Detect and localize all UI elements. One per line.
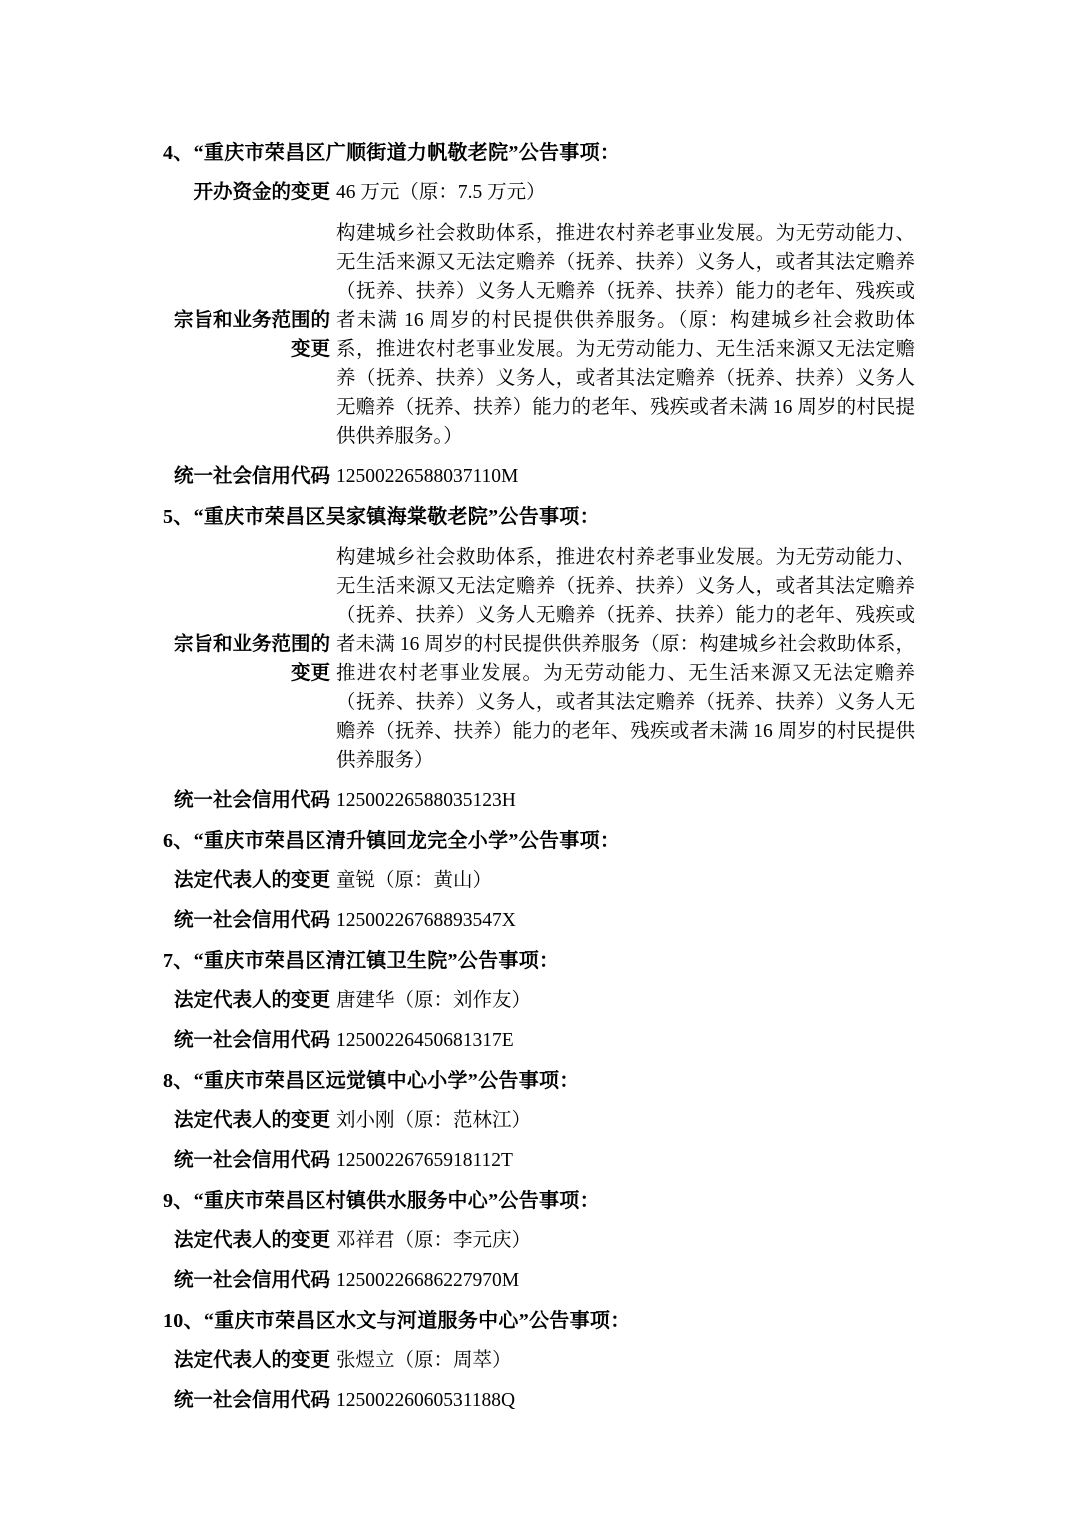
item-heading: 10、“重庆市荣昌区水文与河道服务中心”公告事项： [163,1301,915,1341]
change-row: 宗旨和业务范围的变更 构建城乡社会救助体系，推进农村养老事业发展。为无劳动能力、… [163,219,915,451]
item-rows: 法定代表人的变更 童锐（原：黄山） 统一社会信用代码 1250022676889… [163,861,915,941]
row-value: 12500226588037110M [330,457,915,497]
item-heading: 8、“重庆市荣昌区远觉镇中心小学”公告事项： [163,1061,915,1101]
row-label: 统一社会信用代码 [163,901,330,941]
change-row: 统一社会信用代码 12500226060531188Q [163,1381,915,1421]
item-title: “重庆市荣昌区清江镇卫生院”公告事项： [194,950,560,972]
announcement-item: 10、“重庆市荣昌区水文与河道服务中心”公告事项： 法定代表人的变更 张煜立（原… [163,1301,915,1421]
row-label: 统一社会信用代码 [163,1141,330,1181]
row-value: 46 万元（原：7.5 万元） [330,173,915,213]
item-heading: 5、“重庆市荣昌区吴家镇海棠敬老院”公告事项： [163,497,915,537]
row-value: 12500226768893547X [330,901,915,941]
row-label: 宗旨和业务范围的变更 [163,306,330,364]
item-number: 5、 [163,506,194,528]
row-label: 统一社会信用代码 [163,457,330,497]
item-number: 9、 [163,1190,194,1212]
item-title: “重庆市荣昌区远觉镇中心小学”公告事项： [194,1070,580,1092]
row-value: 12500226450681317E [330,1021,915,1061]
change-row: 统一社会信用代码 12500226765918112T [163,1141,915,1181]
row-value: 12500226588035123H [330,781,915,821]
row-label: 法定代表人的变更 [163,1101,330,1141]
row-label: 开办资金的变更 [163,173,330,213]
row-value: 童锐（原：黄山） [330,861,915,901]
announcement-item: 5、“重庆市荣昌区吴家镇海棠敬老院”公告事项： 宗旨和业务范围的变更 构建城乡社… [163,497,915,821]
item-title: “重庆市荣昌区水文与河道服务中心”公告事项： [204,1310,631,1332]
change-row: 法定代表人的变更 童锐（原：黄山） [163,861,915,901]
item-title: “重庆市荣昌区清升镇回龙完全小学”公告事项： [194,830,621,852]
change-row: 法定代表人的变更 刘小刚（原：范林江） [163,1101,915,1141]
item-heading: 4、“重庆市荣昌区广顺街道力帆敬老院”公告事项： [163,133,915,173]
row-label: 统一社会信用代码 [163,781,330,821]
change-row: 法定代表人的变更 张煜立（原：周萃） [163,1341,915,1381]
row-label: 宗旨和业务范围的变更 [163,630,330,688]
item-heading: 6、“重庆市荣昌区清升镇回龙完全小学”公告事项： [163,821,915,861]
announcement-item: 6、“重庆市荣昌区清升镇回龙完全小学”公告事项： 法定代表人的变更 童锐（原：黄… [163,821,915,941]
item-number: 7、 [163,950,194,972]
change-row: 统一社会信用代码 12500226450681317E [163,1021,915,1061]
row-label: 统一社会信用代码 [163,1381,330,1421]
item-rows: 法定代表人的变更 邓祥君（原：李元庆） 统一社会信用代码 12500226686… [163,1221,915,1301]
change-row: 宗旨和业务范围的变更 构建城乡社会救助体系，推进农村养老事业发展。为无劳动能力、… [163,543,915,775]
change-row: 统一社会信用代码 12500226588035123H [163,781,915,821]
change-row: 法定代表人的变更 邓祥君（原：李元庆） [163,1221,915,1261]
row-label: 统一社会信用代码 [163,1021,330,1061]
document-body: 4、“重庆市荣昌区广顺街道力帆敬老院”公告事项： 开办资金的变更 46 万元（原… [163,133,915,1421]
item-number: 6、 [163,830,194,852]
item-number: 4、 [163,142,194,164]
row-value: 构建城乡社会救助体系，推进农村养老事业发展。为无劳动能力、无生活来源又无法定赡养… [330,219,915,451]
row-value: 邓祥君（原：李元庆） [330,1221,915,1261]
announcement-item: 8、“重庆市荣昌区远觉镇中心小学”公告事项： 法定代表人的变更 刘小刚（原：范林… [163,1061,915,1181]
item-rows: 法定代表人的变更 刘小刚（原：范林江） 统一社会信用代码 12500226765… [163,1101,915,1181]
row-label: 法定代表人的变更 [163,981,330,1021]
announcement-item: 7、“重庆市荣昌区清江镇卫生院”公告事项： 法定代表人的变更 唐建华（原：刘作友… [163,941,915,1061]
row-value: 构建城乡社会救助体系，推进农村养老事业发展。为无劳动能力、无生活来源又无法定赡养… [330,543,915,775]
item-number: 10、 [163,1310,204,1332]
item-title: “重庆市荣昌区吴家镇海棠敬老院”公告事项： [194,506,600,528]
row-label: 法定代表人的变更 [163,1221,330,1261]
row-value: 刘小刚（原：范林江） [330,1101,915,1141]
item-heading: 7、“重庆市荣昌区清江镇卫生院”公告事项： [163,941,915,981]
row-label: 统一社会信用代码 [163,1261,330,1301]
row-value: 12500226060531188Q [330,1381,915,1421]
change-row: 统一社会信用代码 12500226588037110M [163,457,915,497]
item-rows: 开办资金的变更 46 万元（原：7.5 万元） 宗旨和业务范围的变更 构建城乡社… [163,173,915,497]
item-number: 8、 [163,1070,194,1092]
announcement-page: 4、“重庆市荣昌区广顺街道力帆敬老院”公告事项： 开办资金的变更 46 万元（原… [0,0,1074,1520]
row-value: 12500226686227970M [330,1261,915,1301]
item-rows: 宗旨和业务范围的变更 构建城乡社会救助体系，推进农村养老事业发展。为无劳动能力、… [163,543,915,821]
item-heading: 9、“重庆市荣昌区村镇供水服务中心”公告事项： [163,1181,915,1221]
announcement-item: 9、“重庆市荣昌区村镇供水服务中心”公告事项： 法定代表人的变更 邓祥君（原：李… [163,1181,915,1301]
row-value: 12500226765918112T [330,1141,915,1181]
row-value: 张煜立（原：周萃） [330,1341,915,1381]
row-label: 法定代表人的变更 [163,1341,330,1381]
item-title: “重庆市荣昌区广顺街道力帆敬老院”公告事项： [194,142,621,164]
change-row: 法定代表人的变更 唐建华（原：刘作友） [163,981,915,1021]
change-row: 开办资金的变更 46 万元（原：7.5 万元） [163,173,915,213]
item-title: “重庆市荣昌区村镇供水服务中心”公告事项： [194,1190,600,1212]
change-row: 统一社会信用代码 12500226768893547X [163,901,915,941]
item-rows: 法定代表人的变更 张煜立（原：周萃） 统一社会信用代码 125002260605… [163,1341,915,1421]
change-row: 统一社会信用代码 12500226686227970M [163,1261,915,1301]
row-label: 法定代表人的变更 [163,861,330,901]
announcement-item: 4、“重庆市荣昌区广顺街道力帆敬老院”公告事项： 开办资金的变更 46 万元（原… [163,133,915,497]
item-rows: 法定代表人的变更 唐建华（原：刘作友） 统一社会信用代码 12500226450… [163,981,915,1061]
row-value: 唐建华（原：刘作友） [330,981,915,1021]
